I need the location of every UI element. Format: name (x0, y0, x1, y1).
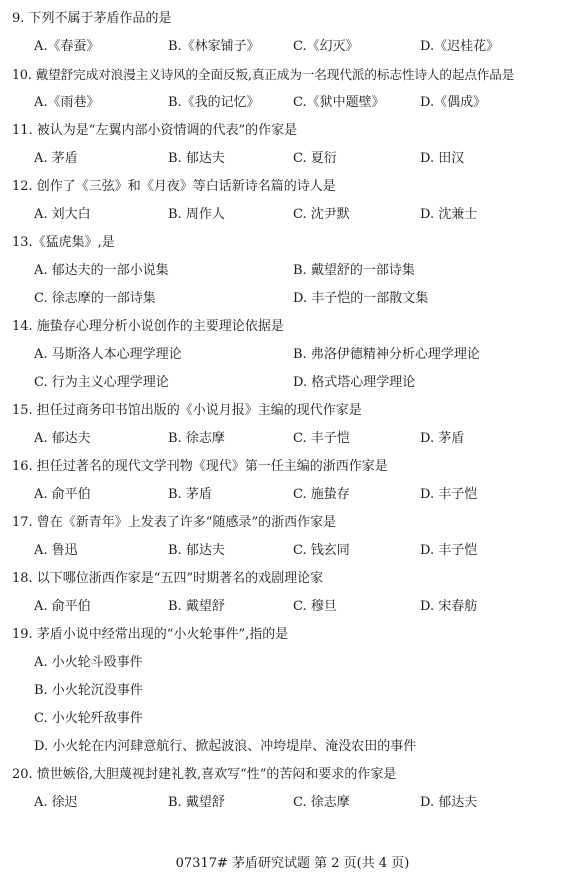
option-a: A. 马斯洛人本心理学理论 (34, 345, 182, 365)
option-b: B. 茅盾 (168, 485, 212, 505)
option-a: A. 俞平伯 (34, 597, 91, 617)
exam-page: 9. 下列不属于茅盾作品的是 A.《春蚕》 B.《林家铺子》 C.《幻灭》 D.… (0, 0, 585, 885)
question-13-options-row1: A. 郁达夫的一部小说集 B. 戴望舒的一部诗集 (0, 261, 585, 281)
option-d: D. 茅盾 (420, 429, 464, 449)
option-b: B. 周作人 (168, 205, 225, 225)
question-17-stem: 17. 曾在《新青年》上发表了许多“随感录”的浙西作家是 (12, 513, 336, 533)
option-a: A. 俞平伯 (34, 485, 91, 505)
option-d: D. 郁达夫 (420, 793, 477, 813)
option-d: D. 丰子恺 (420, 541, 477, 561)
option-b: B.《我的记忆》 (168, 93, 260, 113)
option-d: D. 宋春舫 (420, 597, 477, 617)
question-14-stem: 14. 施蛰存心理分析小说创作的主要理论依据是 (12, 317, 284, 337)
option-c: C. 夏衍 (293, 149, 337, 169)
option-a: A. 茅盾 (34, 149, 78, 169)
option-c: C. 行为主义心理学理论 (34, 373, 169, 393)
option-c: C. 施蛰存 (293, 485, 350, 505)
option-b: B. 郁达夫 (168, 149, 225, 169)
option-d: D.《迟桂花》 (420, 37, 499, 57)
option-c: C. 沈尹默 (293, 205, 350, 225)
question-9-options: A.《春蚕》 B.《林家铺子》 C.《幻灭》 D.《迟桂花》 (0, 37, 585, 57)
option-b: B.《林家铺子》 (168, 37, 260, 57)
question-13-options-row2: C. 徐志摩的一部诗集 D. 丰子恺的一部散文集 (0, 289, 585, 309)
question-12-options: A. 刘大白 B. 周作人 C. 沈尹默 D. 沈兼士 (0, 205, 585, 225)
question-11-stem: 11. 被认为是“左翼内部小资情调的代表”的作家是 (12, 121, 297, 141)
option-a: A. 郁达夫的一部小说集 (34, 261, 169, 281)
question-16-options: A. 俞平伯 B. 茅盾 C. 施蛰存 D. 丰子恺 (0, 485, 585, 505)
option-d: D. 沈兼士 (420, 205, 477, 225)
option-a: A. 小火轮斗殴事件 (34, 653, 143, 673)
option-a: A. 徐迟 (34, 793, 78, 813)
option-b: B. 徐志摩 (168, 429, 225, 449)
question-10-stem: 10. 戴望舒完成对浪漫主义诗风的全面反叛,真正成为一名现代派的标志性诗人的起点… (12, 65, 514, 85)
option-c: C. 穆旦 (293, 597, 337, 617)
question-9-stem: 9. 下列不属于茅盾作品的是 (12, 9, 172, 29)
option-d: D. 格式塔心理学理论 (293, 373, 415, 393)
option-c: C.《幻灭》 (293, 37, 359, 57)
question-20-options: A. 徐迟 B. 戴望舒 C. 徐志摩 D. 郁达夫 (0, 793, 585, 813)
option-c: C. 丰子恺 (293, 429, 350, 449)
option-a: A. 鲁迅 (34, 541, 78, 561)
question-14-options-row2: C. 行为主义心理学理论 D. 格式塔心理学理论 (0, 373, 585, 393)
question-16-stem: 16. 担任过著名的现代文学刊物《现代》第一任主编的浙西作家是 (12, 457, 388, 477)
option-d: D. 丰子恺 (420, 485, 477, 505)
question-15-options: A. 郁达夫 B. 徐志摩 C. 丰子恺 D. 茅盾 (0, 429, 585, 449)
option-b: B. 戴望舒 (168, 597, 225, 617)
question-18-stem: 18. 以下哪位浙西作家是“五四”时期著名的戏剧理论家 (12, 569, 323, 589)
option-c: C. 小火轮歼敌事件 (34, 709, 143, 729)
option-c: C.《狱中题壁》 (293, 93, 385, 113)
option-d: D. 田汉 (420, 149, 464, 169)
option-b: B. 弗洛伊德精神分析心理学理论 (293, 345, 480, 365)
option-b: B. 小火轮沉没事件 (34, 681, 143, 701)
page-footer: 07317# 茅盾研究试题 第 2 页(共 4 页) (0, 854, 585, 874)
option-a: A. 刘大白 (34, 205, 91, 225)
question-13-stem: 13.《猛虎集》,是 (12, 233, 115, 253)
option-d: D. 丰子恺的一部散文集 (293, 289, 428, 309)
question-17-options: A. 鲁迅 B. 郁达夫 C. 钱玄同 D. 丰子恺 (0, 541, 585, 561)
option-d: D.《偶成》 (420, 93, 486, 113)
option-a: A.《雨巷》 (34, 93, 100, 113)
option-a: A.《春蚕》 (34, 37, 100, 57)
option-b: B. 戴望舒的一部诗集 (293, 261, 415, 281)
option-c: C. 徐志摩 (293, 793, 350, 813)
option-b: B. 郁达夫 (168, 541, 225, 561)
question-20-stem: 20. 愤世嫉俗,大胆蔑视封建礼教,喜欢写“性”的苦闷和要求的作家是 (12, 765, 396, 785)
question-15-stem: 15. 担任过商务印书馆出版的《小说月报》主编的现代作家是 (12, 401, 362, 421)
question-19-stem: 19. 茅盾小说中经常出现的“小火轮事件”,指的是 (12, 625, 288, 645)
question-10-options: A.《雨巷》 B.《我的记忆》 C.《狱中题壁》 D.《偶成》 (0, 93, 585, 113)
option-a: A. 郁达夫 (34, 429, 91, 449)
option-d: D. 小火轮在内河肆意航行、掀起波浪、冲垮堤岸、淹没农田的事件 (34, 737, 416, 757)
option-c: C. 徐志摩的一部诗集 (34, 289, 156, 309)
question-11-options: A. 茅盾 B. 郁达夫 C. 夏衍 D. 田汉 (0, 149, 585, 169)
option-c: C. 钱玄同 (293, 541, 350, 561)
question-18-options: A. 俞平伯 B. 戴望舒 C. 穆旦 D. 宋春舫 (0, 597, 585, 617)
option-b: B. 戴望舒 (168, 793, 225, 813)
question-14-options-row1: A. 马斯洛人本心理学理论 B. 弗洛伊德精神分析心理学理论 (0, 345, 585, 365)
question-12-stem: 12. 创作了《三弦》和《月夜》等白话新诗名篇的诗人是 (12, 177, 336, 197)
